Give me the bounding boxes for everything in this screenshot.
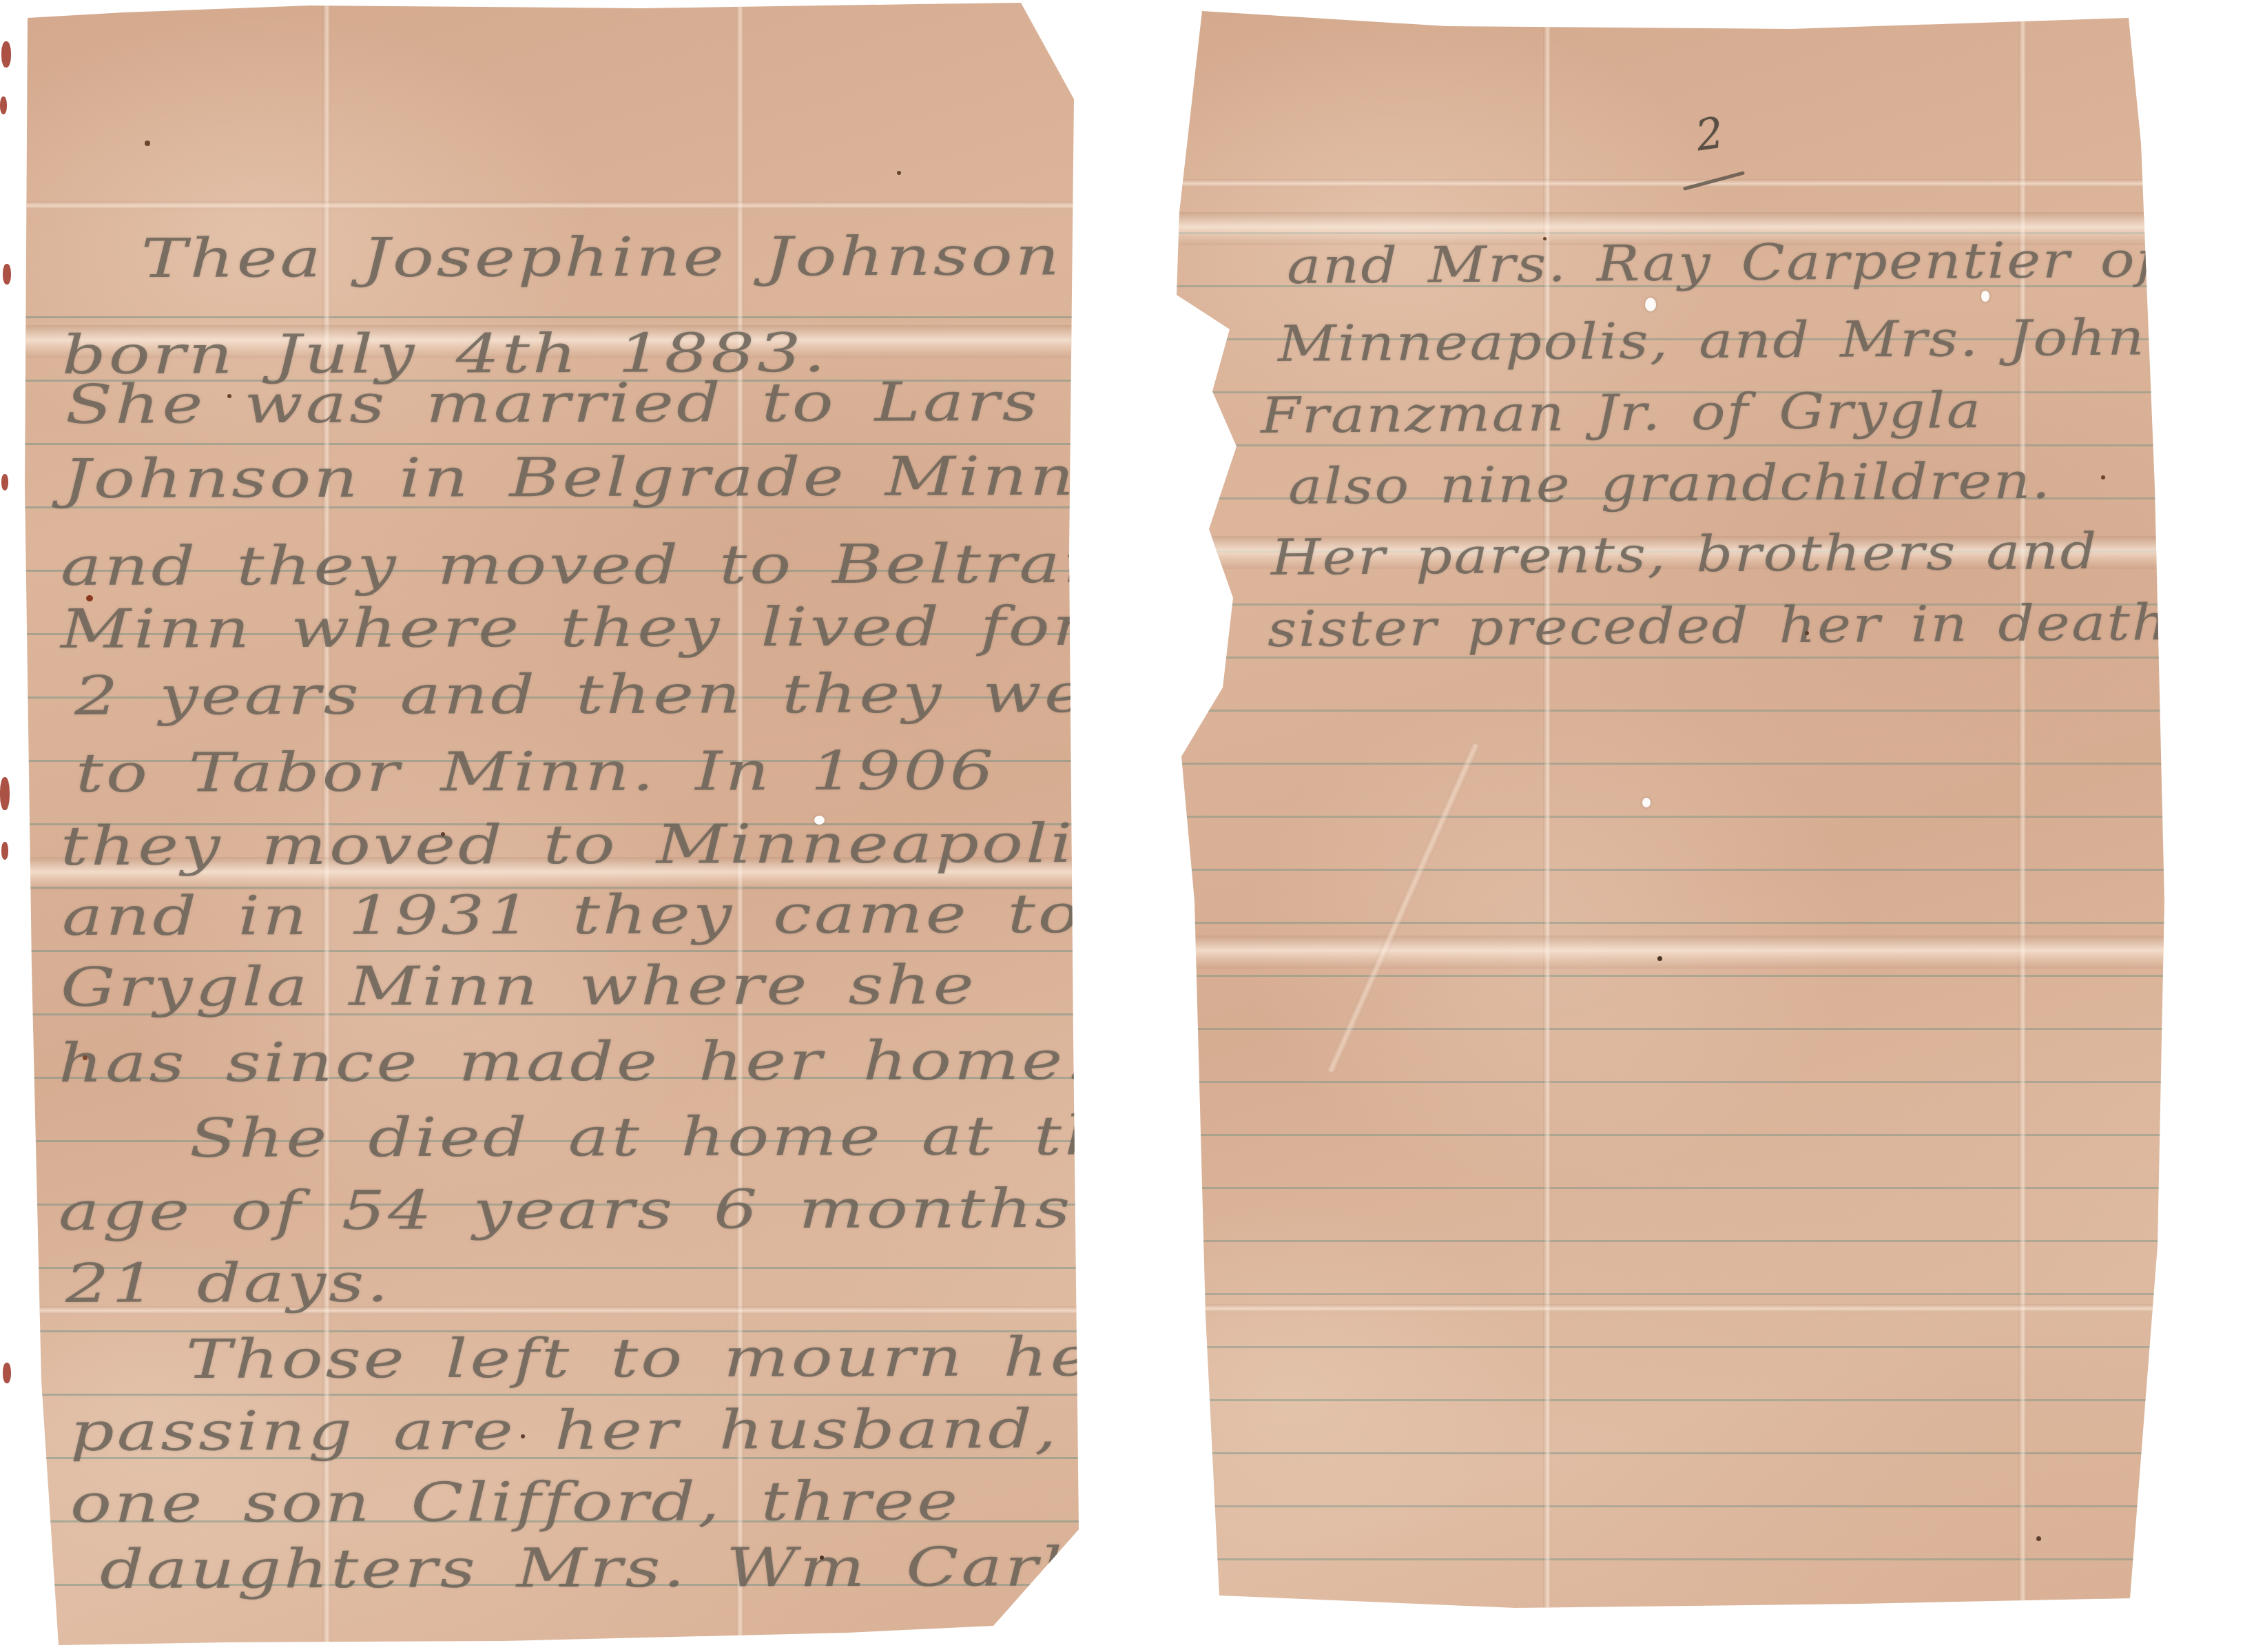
paper-speck — [820, 1556, 824, 1560]
left-page: Thea Josephine Johnson born July 4th 188… — [21, 3, 1080, 1651]
horizontal-crease — [1171, 1304, 2169, 1312]
pin-hole — [1981, 291, 1989, 302]
paper-speck — [2101, 475, 2105, 479]
paper-speck — [441, 832, 445, 836]
handwritten-line: Franzman Jr. of Grygla — [1261, 380, 1983, 445]
handwritten-line: to Tabor Minn. In 1906 — [76, 739, 996, 806]
handwritten-line: daughters Mrs. Wm Carlson — [100, 1536, 1194, 1603]
scan-edge-mark — [0, 96, 7, 114]
scan-edge-mark — [1, 474, 8, 491]
paper-speck — [2036, 1536, 2041, 1541]
handwritten-line: and Mrs. Ray Carpentier of — [1287, 229, 2160, 296]
handwritten-line: passing are her husband, — [70, 1398, 1059, 1465]
handwritten-line: 21 days. — [65, 1252, 391, 1317]
handwritten-line: Minn where they lived for — [61, 595, 1088, 663]
pin-hole — [814, 816, 825, 825]
paper-speck — [1805, 631, 1809, 635]
handwritten-line: and in 1931 they came to — [62, 882, 1082, 950]
handwritten-line: has since made her home. — [59, 1029, 1090, 1097]
scan-edge-mark — [1, 41, 11, 68]
scan-edge-mark — [3, 1363, 11, 1383]
handwritten-line: Grygla Minn where she — [61, 953, 977, 1020]
paper-speck — [83, 1055, 87, 1060]
handwritten-line: and they moved to Beltrami — [61, 533, 1156, 600]
scan-edge-mark — [0, 777, 10, 810]
paper-speck — [227, 394, 231, 398]
paper-speck — [86, 595, 93, 601]
paper-speck — [1543, 237, 1547, 240]
paper-speck — [897, 171, 901, 175]
pin-hole — [1642, 798, 1651, 807]
handwritten-line: Thea Josephine Johnson — [141, 225, 1062, 291]
paper-speck — [1657, 956, 1662, 961]
right-page: 2 and Mrs. Ray Carpentier of Minneapolis… — [1171, 6, 2169, 1611]
handwritten-line: also nine grandchildren. — [1288, 451, 2052, 517]
handwritten-line: they moved to Minneapolis — [61, 812, 1113, 880]
handwritten-line: one son Clifford, three — [70, 1469, 960, 1536]
scan-edge-mark — [3, 264, 11, 285]
horizontal-fold — [1171, 936, 2169, 969]
scan-edge-mark — [1, 842, 8, 860]
handwritten-line: age of 54 years 6 months — [59, 1177, 1073, 1245]
handwritten-line: Minneapolis, and Mrs. John — [1278, 307, 2146, 373]
handwritten-line: Those left to mourn her — [186, 1325, 1129, 1392]
horizontal-crease — [21, 201, 1080, 209]
handwritten-line: 2 years and then they went — [74, 662, 1165, 730]
handwritten-line: She died at home at the — [189, 1104, 1155, 1171]
handwritten-line: Her parents, brothers and — [1271, 522, 2099, 587]
pin-hole — [1645, 298, 1656, 311]
handwritten-line: She was married to Lars — [65, 371, 1040, 437]
paper-speck — [521, 1434, 525, 1438]
handwritten-line: sister preceded her in death. — [1268, 592, 2190, 659]
handwritten-line: Johnson in Belgrade Minn. — [63, 445, 1102, 513]
horizontal-crease — [1171, 179, 2169, 187]
paper-speck — [145, 141, 150, 146]
